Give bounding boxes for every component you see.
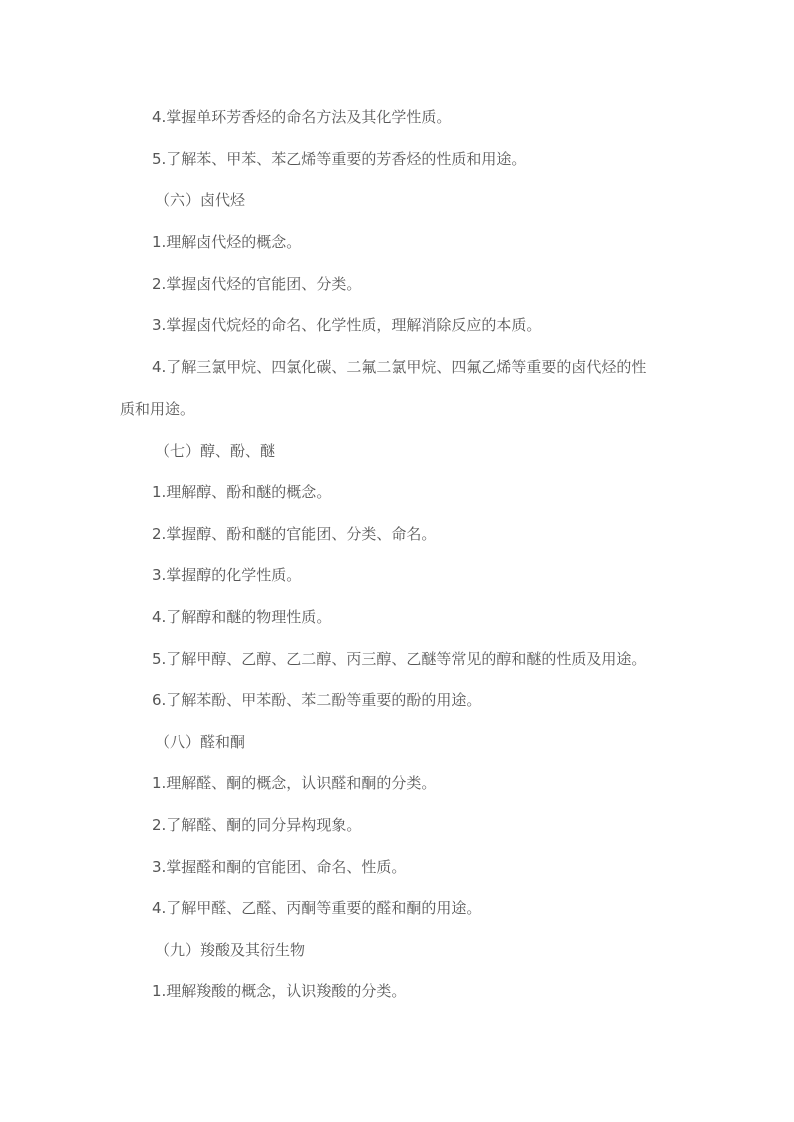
list-item: 5.了解甲醇、乙醇、乙二醇、丙三醇、乙醚等常见的醇和醚的性质及用途。	[152, 649, 646, 669]
list-item: 4.了解醇和醚的物理性质。	[152, 607, 331, 627]
list-item: 3.掌握卤代烷烃的命名、化学性质，理解消除反应的本质。	[152, 315, 541, 335]
list-item: 4.了解甲醛、乙醛、丙酮等重要的醛和酮的用途。	[152, 898, 481, 918]
list-item: 1.理解卤代烃的概念。	[152, 232, 301, 252]
list-item: 3.掌握醇的化学性质。	[152, 565, 301, 585]
document-page: 4.掌握单环芳香烃的命名方法及其化学性质。 5.了解苯、甲苯、苯乙烯等重要的芳香…	[0, 0, 794, 1122]
list-item: 4.掌握单环芳香烃的命名方法及其化学性质。	[152, 107, 451, 127]
list-item: 3.掌握醛和酮的官能团、命名、性质。	[152, 857, 406, 877]
list-item: 2.了解醛、酮的同分异构现象。	[152, 815, 361, 835]
section-heading: （九）羧酸及其衍生物	[155, 940, 305, 960]
list-item: 2.掌握卤代烃的官能团、分类。	[152, 274, 361, 294]
list-item: 4.了解三氯甲烷、四氯化碳、二氟二氯甲烷、四氟乙烯等重要的卤代烃的性	[152, 357, 646, 377]
section-heading: （七）醇、酚、醚	[155, 441, 275, 461]
list-item: 1.理解醇、酚和醚的概念。	[152, 482, 331, 502]
list-item: 1.理解醛、酮的概念，认识醛和酮的分类。	[152, 773, 436, 793]
list-item-continuation: 质和用途。	[120, 399, 195, 419]
list-item: 1.理解羧酸的概念，认识羧酸的分类。	[152, 981, 406, 1001]
section-heading: （八）醛和酮	[155, 732, 245, 752]
list-item: 6.了解苯酚、甲苯酚、苯二酚等重要的酚的用途。	[152, 690, 481, 710]
list-item: 2.掌握醇、酚和醚的官能团、分类、命名。	[152, 524, 436, 544]
section-heading: （六）卤代烃	[155, 190, 245, 210]
list-item: 5.了解苯、甲苯、苯乙烯等重要的芳香烃的性质和用途。	[152, 149, 526, 169]
